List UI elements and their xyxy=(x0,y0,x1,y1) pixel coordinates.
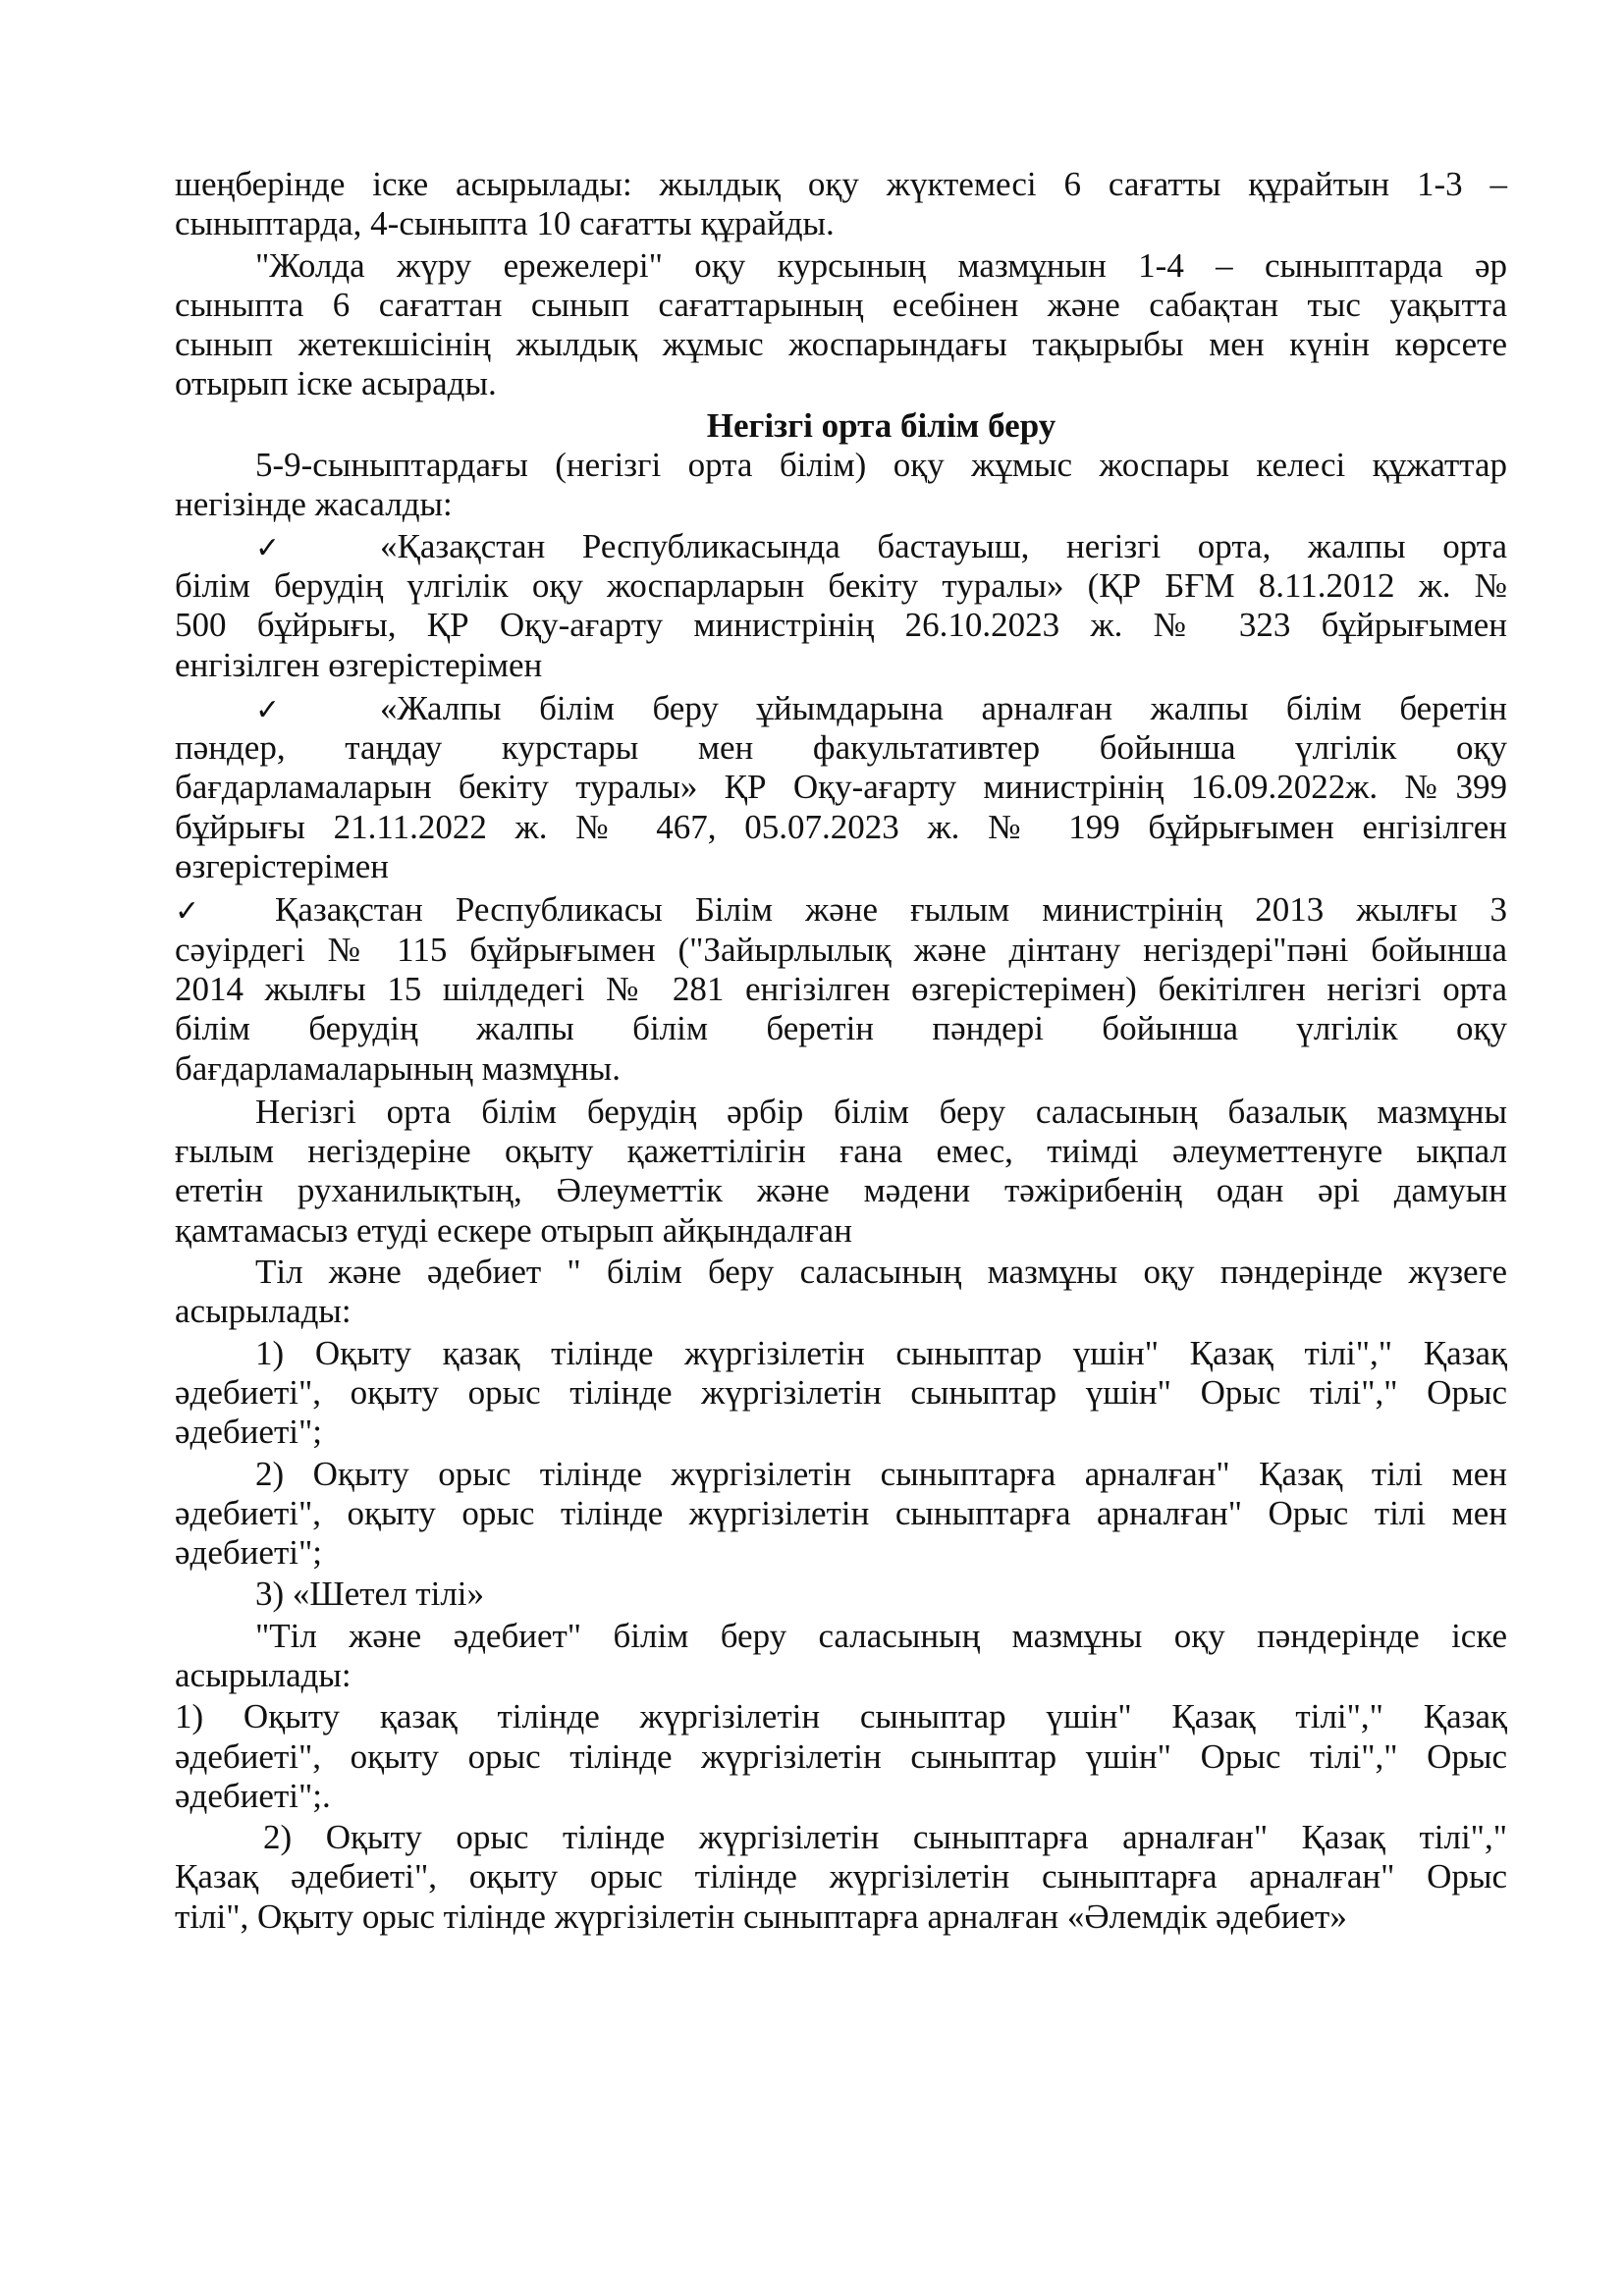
text-line: 3) «Шетел тілі» xyxy=(175,1575,1507,1614)
text-line: негізінде жасалды: xyxy=(175,485,1507,524)
text-line: ғылым негіздеріне оқыту қажеттілігін ған… xyxy=(175,1132,1507,1171)
text-line: әдебиеті", оқыту орыс тілінде жүргізілет… xyxy=(175,1737,1507,1777)
paragraph-spacing xyxy=(175,1937,1507,1939)
paragraph: Тіл және әдебиет " білім беру саласының … xyxy=(175,1253,1507,1332)
text-line: Тіл және әдебиет " білім беру саласының … xyxy=(175,1253,1507,1292)
text-line: 2014 жылғы 15 шілдедегі № 281 енгізілген… xyxy=(175,970,1507,1009)
text-line: тілі", Оқыту орыс тілінде жүргізілетін с… xyxy=(175,1897,1507,1937)
checklist-item: ✓«Жалпы білім беру ұйымдарына арналған ж… xyxy=(175,689,1507,886)
text-line: қамтамасыз етуді ескере отырып айқындалғ… xyxy=(175,1211,1507,1251)
paragraph: 3) «Шетел тілі» xyxy=(175,1575,1507,1614)
checkmark-icon: ✓ xyxy=(175,892,275,932)
text-line: асырылады: xyxy=(175,1656,1507,1695)
text-line: сәуірдегі № 115 бұйрығымен ("Зайырлылық … xyxy=(175,931,1507,970)
paragraph: 2) Оқыту орыс тілінде жүргізілетін сынып… xyxy=(175,1818,1507,1937)
checkmark-icon: ✓ xyxy=(255,691,380,730)
document-page: шеңберінде іске асырылады: жылдық оқу жү… xyxy=(175,165,1507,1939)
text-line: "Тіл және әдебиет" білім беру саласының … xyxy=(175,1617,1507,1656)
section-heading: Негізгі орта білім беру xyxy=(175,406,1507,446)
text-line: сыныпта 6 сағаттан сынып сағаттарының ес… xyxy=(175,286,1507,325)
paragraph: 2) Оқыту орыс тілінде жүргізілетін сынып… xyxy=(175,1455,1507,1574)
text-line: ✓«Жалпы білім беру ұйымдарына арналған ж… xyxy=(175,689,1507,728)
text-line: Негізгі орта білім берудің әрбір білім б… xyxy=(175,1093,1507,1132)
checklist-item: ✓Қазақстан Республикасы Білім және ғылым… xyxy=(175,890,1507,1088)
text-line: енгізілген өзгерістерімен xyxy=(175,646,1507,685)
paragraph: 1) Оқыту қазақ тілінде жүргізілетін сыны… xyxy=(175,1697,1507,1816)
text-line: "Жолда жүру ережелері" оқу курсының мазм… xyxy=(175,246,1507,286)
checklist-item-text: «Жалпы білім беру ұйымдарына арналған жа… xyxy=(380,689,1507,728)
text-line: 1) Оқыту қазақ тілінде жүргізілетін сыны… xyxy=(175,1697,1507,1736)
text-line: пәндер, таңдау курстары мен факультативт… xyxy=(175,728,1507,768)
text-line: асырылады: xyxy=(175,1292,1507,1331)
paragraph: 5-9-сыныптардағы (негізгі орта білім) оқ… xyxy=(175,446,1507,525)
text-line: 500 бұйрығы, ҚР Оқу-ағарту министрінің 2… xyxy=(175,606,1507,645)
checkmark-icon: ✓ xyxy=(255,529,380,568)
text-line: білім берудің жалпы білім беретін пәндер… xyxy=(175,1009,1507,1048)
text-line: әдебиеті"; xyxy=(175,1413,1507,1452)
paragraph: шеңберінде іске асырылады: жылдық оқу жү… xyxy=(175,165,1507,244)
text-line: ✓«Қазақстан Республикасында бастауыш, не… xyxy=(175,527,1507,566)
text-line: 2) Оқыту орыс тілінде жүргізілетін сынып… xyxy=(175,1818,1507,1857)
text-line: бағдарламаларын бекіту туралы» ҚР Оқу-ағ… xyxy=(175,768,1507,807)
text-line: бағдарламаларының мазмұны. xyxy=(175,1049,1507,1089)
paragraph: Негізгі орта білім берудің әрбір білім б… xyxy=(175,1093,1507,1251)
checklist-item-text: Қазақстан Республикасы Білім және ғылым … xyxy=(275,890,1507,930)
text-line: 5-9-сыныптардағы (негізгі орта білім) оқ… xyxy=(175,446,1507,485)
text-line: өзгерістерімен xyxy=(175,847,1507,886)
paragraph: "Жолда жүру ережелері" оқу курсының мазм… xyxy=(175,246,1507,404)
text-line: Қазақ әдебиеті", оқыту орыс тілінде жүрг… xyxy=(175,1857,1507,1896)
text-line: ✓Қазақстан Республикасы Білім және ғылым… xyxy=(175,890,1507,930)
text-line: ететін руханилықтың, Әлеуметтік және мәд… xyxy=(175,1171,1507,1210)
text-line: 1) Оқыту қазақ тілінде жүргізілетін сыны… xyxy=(175,1334,1507,1373)
paragraph: "Тіл және әдебиет" білім беру саласының … xyxy=(175,1617,1507,1696)
checklist-item-text: «Қазақстан Республикасында бастауыш, нег… xyxy=(380,527,1507,566)
text-line: әдебиеті"; xyxy=(175,1533,1507,1573)
text-line: әдебиеті", оқыту орыс тілінде жүргізілет… xyxy=(175,1494,1507,1533)
text-line: сыныптарда, 4-сыныпта 10 сағатты құрайды… xyxy=(175,204,1507,243)
text-line: әдебиеті";. xyxy=(175,1777,1507,1816)
text-line: отырып іске асырады. xyxy=(175,364,1507,403)
paragraph: 1) Оқыту қазақ тілінде жүргізілетін сыны… xyxy=(175,1334,1507,1453)
text-line: шеңберінде іске асырылады: жылдық оқу жү… xyxy=(175,165,1507,204)
text-line: 2) Оқыту орыс тілінде жүргізілетін сынып… xyxy=(175,1455,1507,1494)
text-line: сынып жетекшісінің жылдық жұмыс жоспарын… xyxy=(175,325,1507,364)
text-line: білім берудің үлгілік оқу жоспарларын бе… xyxy=(175,566,1507,606)
text-line: бұйрығы 21.11.2022 ж. № 467, 05.07.2023 … xyxy=(175,808,1507,847)
checklist-item: ✓«Қазақстан Республикасында бастауыш, не… xyxy=(175,527,1507,685)
text-line: әдебиеті", оқыту орыс тілінде жүргізілет… xyxy=(175,1373,1507,1413)
